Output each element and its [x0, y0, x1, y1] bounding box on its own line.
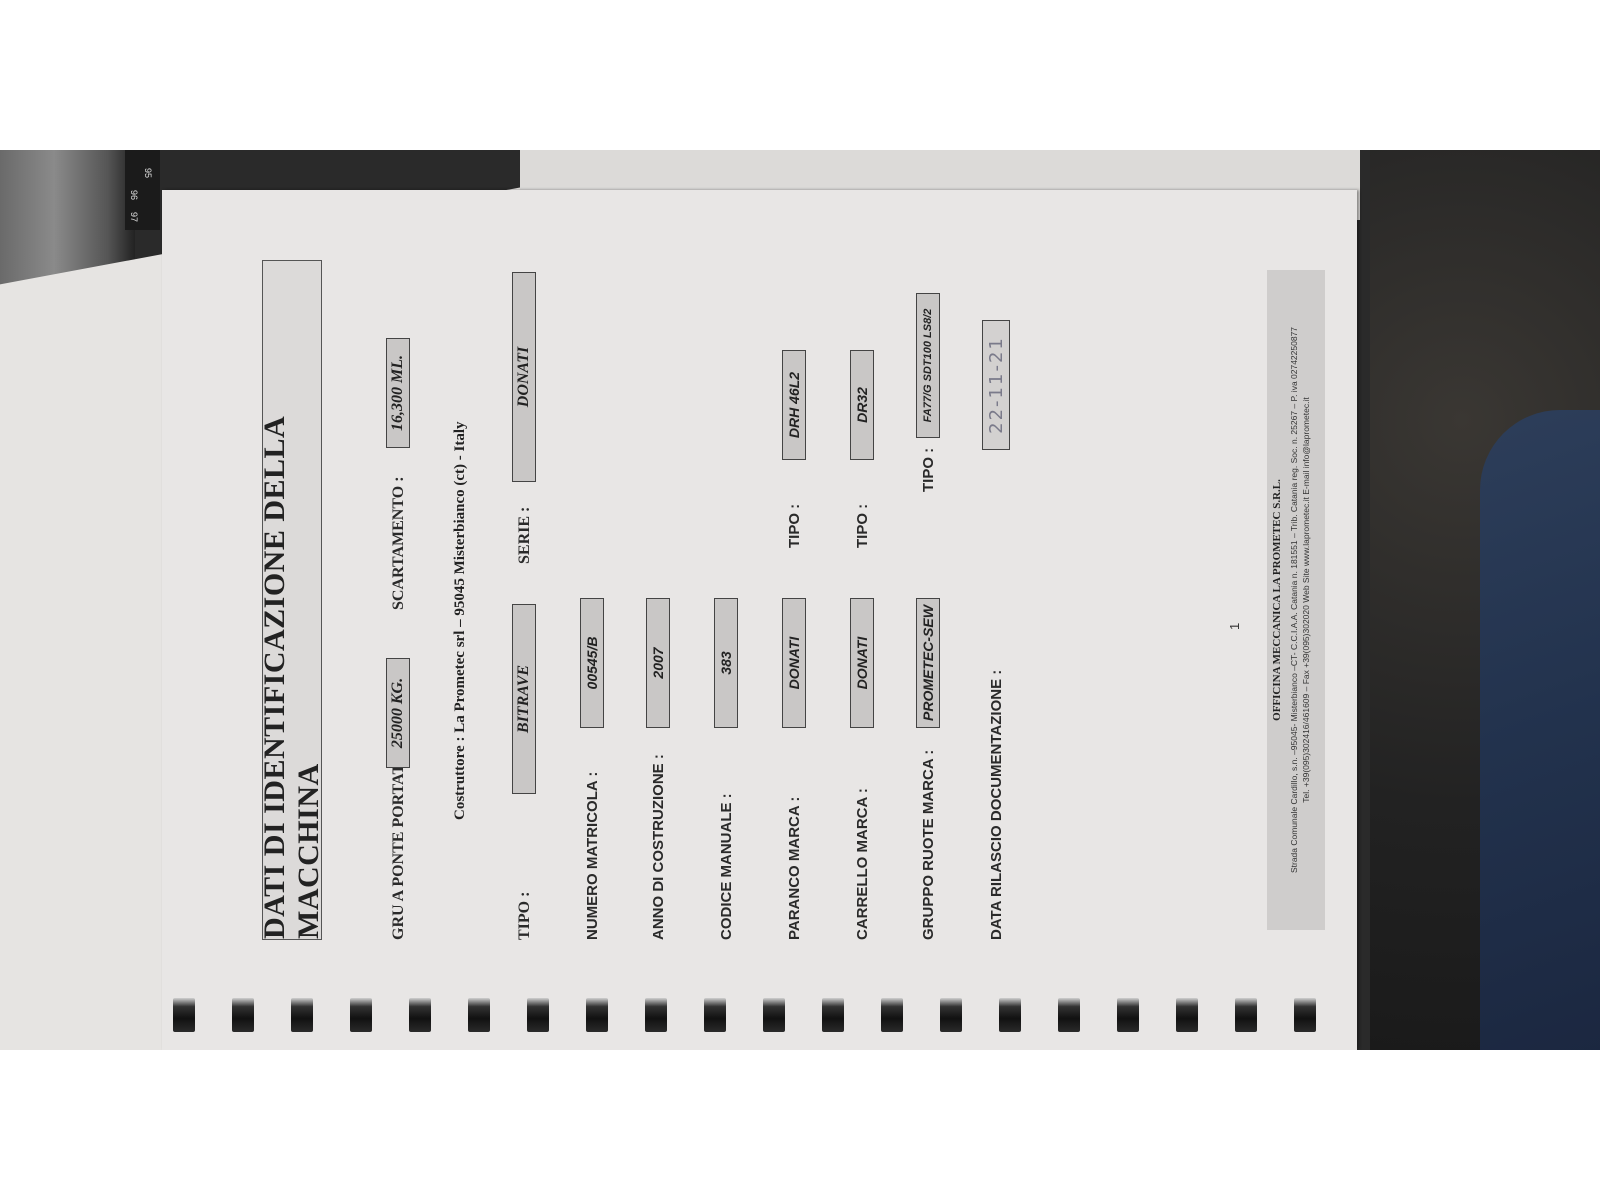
ruote-tipo-value: FA77/G SDT100 LS8/2: [916, 293, 940, 438]
photo-scene: 95 96 97 DATI DI IDENTIFICAZIONE DELLA M…: [0, 150, 1600, 1050]
spiral-binding: [165, 998, 1355, 1050]
binding-coil: [1058, 998, 1080, 1032]
data-rilascio-label: DATA RILASCIO DOCUMENTAZIONE :: [988, 670, 1005, 940]
binding-coil: [763, 998, 785, 1032]
paranco-value: DONATI: [782, 598, 806, 728]
paranco-tipo-value: DRH 46L2: [782, 350, 806, 460]
scartamento-value: 16,300 ML.: [386, 338, 410, 448]
binding-coil: [1235, 998, 1257, 1032]
footer-address: Strada Comunale Cardillo, s.n. –95045- M…: [1289, 270, 1299, 930]
ruler-mark: 97: [129, 212, 139, 222]
ruler: 95 96 97: [125, 150, 160, 230]
paranco-tipo-label: TIPO :: [786, 504, 803, 548]
binding-coil: [1117, 998, 1139, 1032]
tipo-value: BITRAVE: [512, 604, 536, 794]
ruote-label: GRUPPO RUOTE MARCA :: [920, 750, 937, 940]
ruler-mark: 95: [143, 168, 153, 178]
matricola-value: 00545/B: [580, 598, 604, 728]
binding-coil: [999, 998, 1021, 1032]
document-page: DATI DI IDENTIFICAZIONE DELLA MACCHINA G…: [162, 190, 1357, 1050]
binding-coil: [586, 998, 608, 1032]
binding-coil: [173, 998, 195, 1032]
serie-value: DONATI: [512, 272, 536, 482]
tipo-label: TIPO :: [516, 892, 534, 940]
binding-coil: [881, 998, 903, 1032]
gru-value: 25000 KG.: [386, 658, 410, 768]
binding-coil: [1176, 998, 1198, 1032]
ruler-mark: 96: [129, 190, 139, 200]
codice-value: 383: [714, 598, 738, 728]
page-number: 1: [1227, 623, 1242, 630]
binding-coil: [1294, 998, 1316, 1032]
carrello-value: DONATI: [850, 598, 874, 728]
binding-coil: [704, 998, 726, 1032]
document-title: DATI DI IDENTIFICAZIONE DELLA MACCHINA: [262, 260, 322, 940]
scartamento-label: SCARTAMENTO :: [390, 476, 408, 610]
data-rilascio-value: 22-11-21: [982, 320, 1010, 450]
person-leg: [1480, 410, 1600, 1050]
matricola-label: NUMERO MATRICOLA :: [584, 772, 601, 940]
anno-value: 2007: [646, 598, 670, 728]
ruote-tipo-label: TIPO :: [920, 448, 937, 492]
constructor-info: Costruttore : La Prometec srl – 95045 Mi…: [452, 422, 469, 821]
binding-coil: [468, 998, 490, 1032]
carrello-label: CARRELLO MARCA :: [854, 788, 871, 940]
document-footer: OFFICINA MECCANICA LA PROMETEC S.R.L. St…: [1267, 270, 1325, 930]
binding-coil: [232, 998, 254, 1032]
binding-coil: [822, 998, 844, 1032]
binding-coil: [527, 998, 549, 1032]
binding-coil: [409, 998, 431, 1032]
carrello-tipo-label: TIPO :: [854, 504, 871, 548]
document-content: DATI DI IDENTIFICAZIONE DELLA MACCHINA G…: [162, 190, 1357, 1050]
binding-coil: [645, 998, 667, 1032]
paranco-label: PARANCO MARCA :: [786, 797, 803, 940]
binding-coil: [350, 998, 372, 1032]
footer-company: OFFICINA MECCANICA LA PROMETEC S.R.L.: [1271, 270, 1283, 930]
carrello-tipo-value: DR32: [850, 350, 874, 460]
anno-label: ANNO DI COSTRUZIONE :: [650, 754, 667, 940]
binding-coil: [291, 998, 313, 1032]
serie-label: SERIE :: [516, 507, 534, 564]
binding-coil: [940, 998, 962, 1032]
footer-contacts: Tel. +39(095)302416/461609 – Fax +39(095…: [1301, 270, 1311, 930]
ruote-value: PROMETEC-SEW: [916, 598, 940, 728]
codice-label: CODICE MANUALE :: [718, 793, 735, 940]
gru-label: GRU A PONTE PORTATA :: [390, 745, 408, 940]
